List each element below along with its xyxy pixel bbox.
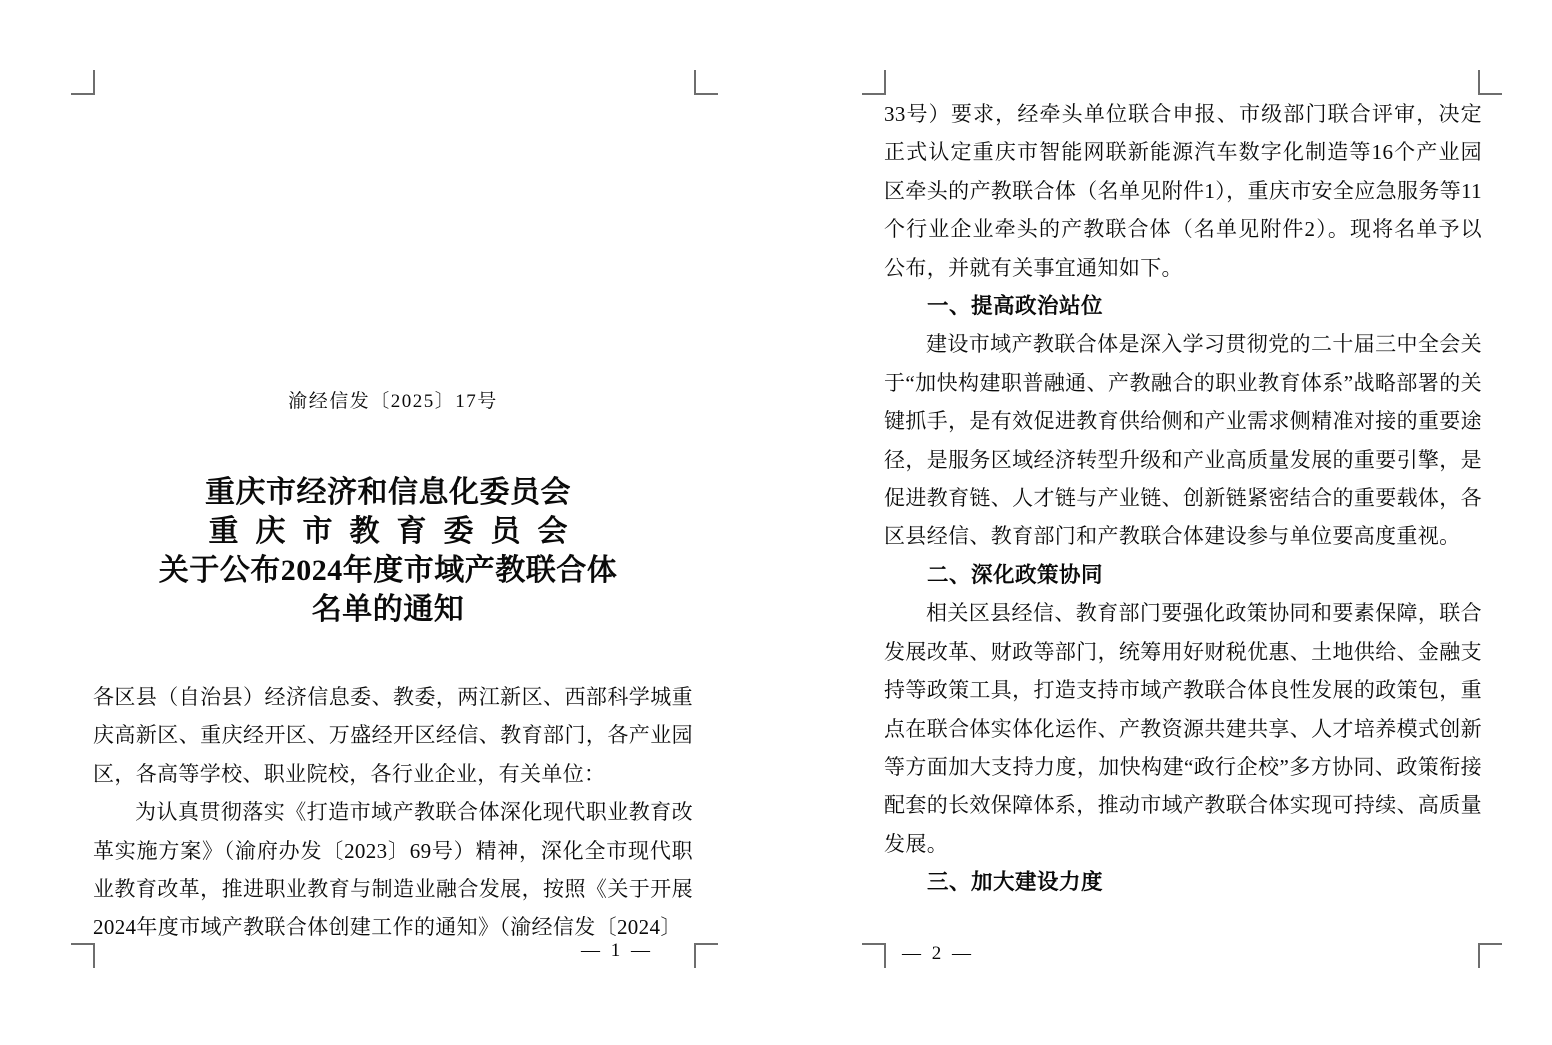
continued-paragraph: 33号）要求，经牵头单位联合申报、市级部门联合评审，决定正式认定重庆市智能网联新… — [884, 95, 1482, 287]
opening-paragraph: 为认真贯彻落实《打造市域产教联合体深化现代职业教育改革实施方案》（渝府办发〔20… — [93, 793, 693, 947]
section-1-paragraph: 建设市域产教联合体是深入学习贯彻党的二十届三中全会关于“加快构建职普融通、产教融… — [884, 325, 1482, 555]
title-line-3: 关于公布2024年度市域产教联合体 — [48, 551, 728, 590]
section-3-heading: 三、加大建设力度 — [884, 863, 1482, 901]
title-line-1: 重庆市经济和信息化委员会 — [48, 473, 728, 512]
corner-mark-bottom-left — [71, 943, 95, 968]
document-spread: 渝经信发〔2025〕17号 重庆市经济和信息化委员会 重庆市教育委员会 关于公布… — [0, 0, 1552, 1045]
corner-mark-bottom-right — [1478, 943, 1502, 968]
section-2-paragraph: 相关区县经信、教育部门要强化政策协同和要素保障，联合发展改革、财政等部门，统筹用… — [884, 594, 1482, 863]
section-2-heading: 二、深化政策协同 — [884, 556, 1482, 594]
document-number: 渝经信发〔2025〕17号 — [93, 386, 693, 413]
corner-mark-top-right — [694, 70, 718, 95]
document-title: 重庆市经济和信息化委员会 重庆市教育委员会 关于公布2024年度市域产教联合体 … — [48, 473, 728, 629]
page-2-body: 33号）要求，经牵头单位联合申报、市级部门联合评审，决定正式认定重庆市智能网联新… — [884, 95, 1482, 945]
corner-mark-top-left — [71, 70, 95, 95]
corner-mark-top-left — [862, 70, 886, 95]
corner-mark-bottom-left — [862, 943, 886, 968]
salutation-paragraph: 各区县（自治县）经济信息委、教委，两江新区、西部科学城重庆高新区、重庆经开区、万… — [93, 678, 693, 793]
corner-mark-bottom-right — [694, 943, 718, 968]
page-1: 渝经信发〔2025〕17号 重庆市经济和信息化委员会 重庆市教育委员会 关于公布… — [0, 0, 776, 1045]
section-1-heading: 一、提高政治站位 — [884, 287, 1482, 325]
page-number-1: — 1 — — [581, 940, 653, 962]
page-2: 33号）要求，经牵头单位联合申报、市级部门联合评审，决定正式认定重庆市智能网联新… — [776, 0, 1552, 1045]
corner-mark-top-right — [1478, 70, 1502, 95]
title-line-2: 重庆市教育委员会 — [48, 512, 728, 551]
title-line-4: 名单的通知 — [48, 590, 728, 629]
page-1-body: 各区县（自治县）经济信息委、教委，两江新区、西部科学城重庆高新区、重庆经开区、万… — [93, 678, 693, 948]
page-number-2: — 2 — — [902, 943, 974, 965]
